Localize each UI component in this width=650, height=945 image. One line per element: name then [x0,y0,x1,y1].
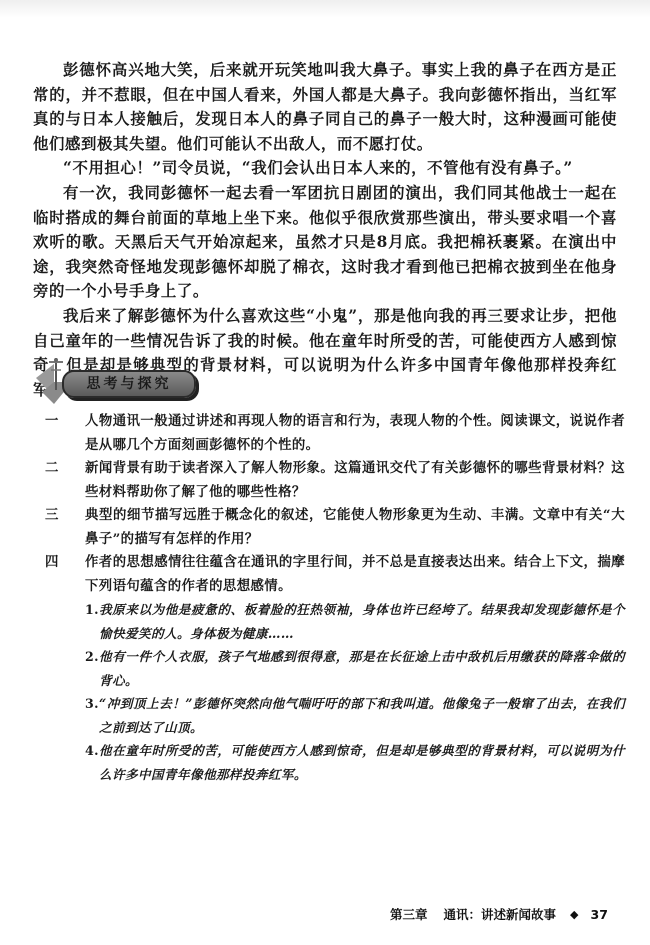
sub-item: 1. 我原来以为他是疲惫的、板着脸的狂热领袖，身体也许已经垮了。结果我却发现彭德… [85,598,625,645]
question-item: 二 新闻背景有助于读者深入了解人物形象。这篇通讯交代了有关彭德怀的哪些背景材料？… [45,457,625,504]
scan-edge-shadow [0,0,650,18]
paragraph: 有一次，我同彭德怀一起去看一军团抗日剧团的演出，我们同其他战士一起在临时搭成的舞… [33,181,617,304]
sub-item-number: 2. [85,645,99,669]
chapter-label: 第三章 [390,905,428,923]
sub-item-text: 他有一件个人衣服，孩子气地感到很得意，那是在长征途上击中敌机后用缴获的降落伞做的… [99,645,625,692]
sub-item-number: 1. [85,598,99,622]
sub-item-text: “冲到顶上去！”彭德怀突然向他气喘吁吁的部下和我叫道。他像兔子一般窜了出去，在我… [99,692,625,739]
chapter-title: 通讯：讲述新闻故事 [444,905,557,923]
question-number: 一 [45,410,75,434]
question-text: 典型的细节描写远胜于概念化的叙述，它能使人物形象更为生动、丰满。文章中有关“大鼻… [85,504,625,551]
sub-item: 2. 他有一件个人衣服，孩子气地感到很得意，那是在长征途上击中敌机后用缴获的降落… [85,645,625,692]
question-text: 新闻背景有助于读者深入了解人物形象。这篇通讯交代了有关彭德怀的哪些背景材料？这些… [85,457,625,504]
article-body: 彭德怀高兴地大笑，后来就开玩笑地叫我大鼻子。事实上我的鼻子在西方是正常的，并不惹… [33,58,617,402]
question-number: 三 [45,504,75,528]
diamond-separator-icon: ◆ [570,908,578,921]
question-text: 作者的思想感情往往蕴含在通讯的字里行间，并不总是直接表达出来。结合上下文，揣摩下… [85,551,625,598]
sub-item: 4. 他在童年时所受的苦，可能使西方人感到惊奇，但是却是够典型的背景材料，可以说… [85,739,625,786]
question-list: 一 人物通讯一般通过讲述和再现人物的语言和行为，表现人物的个性。阅读课文，说说作… [45,410,625,786]
question-number: 四 [45,551,75,575]
question-number: 二 [45,457,75,481]
page-number: 37 [591,907,608,922]
page-footer: 第三章 通讯：讲述新闻故事 ◆ 37 [390,904,640,924]
section-title: 思考与探究 [62,370,196,398]
sub-item-text: 他在童年时所受的苦，可能使西方人感到惊奇，但是却是够典型的背景材料，可以说明为什… [99,739,625,786]
sub-item-number: 4. [85,739,99,763]
sub-item-number: 3. [85,692,99,716]
paragraph: “不用担心！”司令员说，“我们会认出日本人来的，不管他有没有鼻子。” [33,156,617,181]
sub-item-list: 1. 我原来以为他是疲惫的、板着脸的狂热领袖，身体也许已经垮了。结果我却发现彭德… [45,598,625,786]
question-item: 三 典型的细节描写远胜于概念化的叙述，它能使人物形象更为生动、丰满。文章中有关“… [45,504,625,551]
question-text: 人物通讯一般通过讲述和再现人物的语言和行为，表现人物的个性。阅读课文，说说作者是… [85,410,625,457]
question-item: 四 作者的思想感情往往蕴含在通讯的字里行间，并不总是直接表达出来。结合上下文，揣… [45,551,625,598]
question-item: 一 人物通讯一般通过讲述和再现人物的语言和行为，表现人物的个性。阅读课文，说说作… [45,410,625,457]
sub-item-text: 我原来以为他是疲惫的、板着脸的狂热领袖，身体也许已经垮了。结果我却发现彭德怀是个… [99,598,625,645]
paragraph: 彭德怀高兴地大笑，后来就开玩笑地叫我大鼻子。事实上我的鼻子在西方是正常的，并不惹… [33,58,617,156]
sub-item: 3. “冲到顶上去！”彭德怀突然向他气喘吁吁的部下和我叫道。他像兔子一般窜了出去… [85,692,625,739]
section-header-think-explore: 思考与探究 [32,356,192,406]
